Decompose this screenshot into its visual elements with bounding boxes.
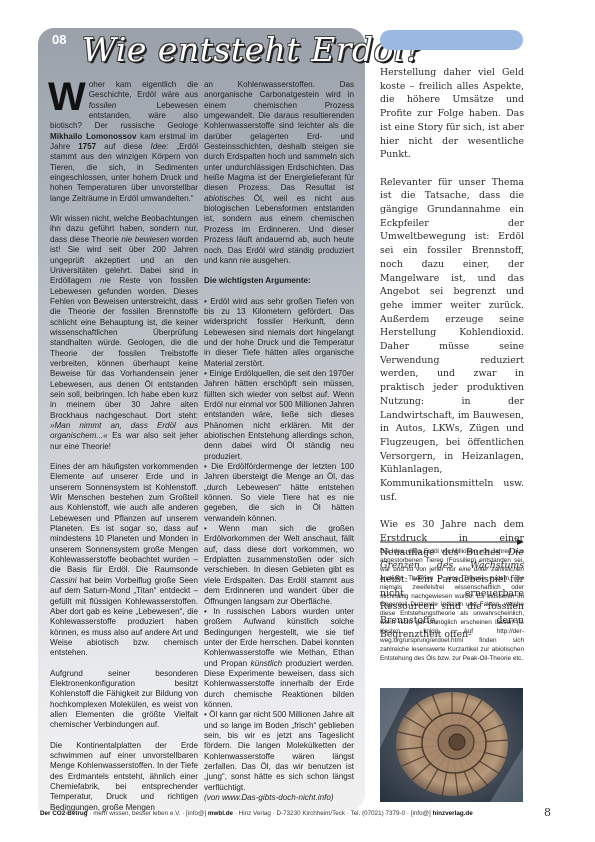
ammonite-icon [380, 688, 523, 802]
continue-arrow-icon [380, 538, 524, 546]
ammonite-fossil-image [380, 688, 523, 802]
argument-item: • Wenn man sich die großen Erdölvorkomme… [204, 524, 354, 607]
argument-item: • Die Erdölfördermenge der letzten 100 J… [204, 462, 354, 524]
paragraph: an Kohlenwasserstoffen. Das anorganische… [204, 80, 354, 266]
box-middle-column: an Kohlenwasserstoffen. Das anorganische… [204, 80, 354, 803]
info-box: 08 Wie entsteht Erdöl? Woher kam eigentl… [38, 28, 365, 810]
page-footer: Der CO2-Betrug · mehr wissen, besser leb… [40, 810, 550, 817]
dropcap: W [48, 82, 86, 112]
argument-item: • In russischen Labors wurden unter groß… [204, 607, 354, 710]
arguments-list: • Erdöl wird aus sehr großen Tiefen von … [204, 297, 354, 804]
argument-item: • Erdöl wird aus sehr großen Tiefen von … [204, 297, 354, 369]
hinzverlag-link[interactable]: hinzverlag.de [433, 810, 473, 817]
paragraph: Die Kontinentalplatten der Erde schwimme… [50, 741, 198, 813]
paragraph: Herstellung daher viel Geld koste – frei… [380, 66, 524, 162]
argument-item: • Öl kann gar nicht 500 Millionen Jahre … [204, 710, 354, 793]
mwbl-link[interactable]: mwbl.de [208, 810, 233, 817]
box-number: 08 [52, 32, 66, 47]
source-citation: (von www.Das-gibts-doch-nicht.info) [204, 793, 354, 803]
paragraph: Relevanter für unser Thema ist die Tatsa… [380, 176, 524, 505]
page-number: 8 [544, 806, 551, 819]
arguments-heading: Die wichtigsten Argumente: [204, 276, 354, 286]
sidebar-note: Die Idee, dass Erdöl vor Millionen von J… [380, 548, 524, 664]
paragraph: Eines der am häufigsten vorkommenden Ele… [50, 462, 198, 659]
box-left-column: Woher kam eigentlich die Geschichte, Erd… [50, 80, 198, 823]
paragraph: Wir wissen nicht, welche Beobachtungen i… [50, 214, 198, 452]
argument-item: • Einige Erdölquellen, die seit den 1970… [204, 369, 354, 462]
box-title: Wie entsteht Erdöl? [82, 30, 423, 69]
paragraph: Aufgrund seiner besonderen Elektronenkon… [50, 669, 198, 731]
intro-paragraph: Woher kam eigentlich die Geschichte, Erd… [50, 80, 198, 204]
section-header-bar [380, 30, 523, 50]
